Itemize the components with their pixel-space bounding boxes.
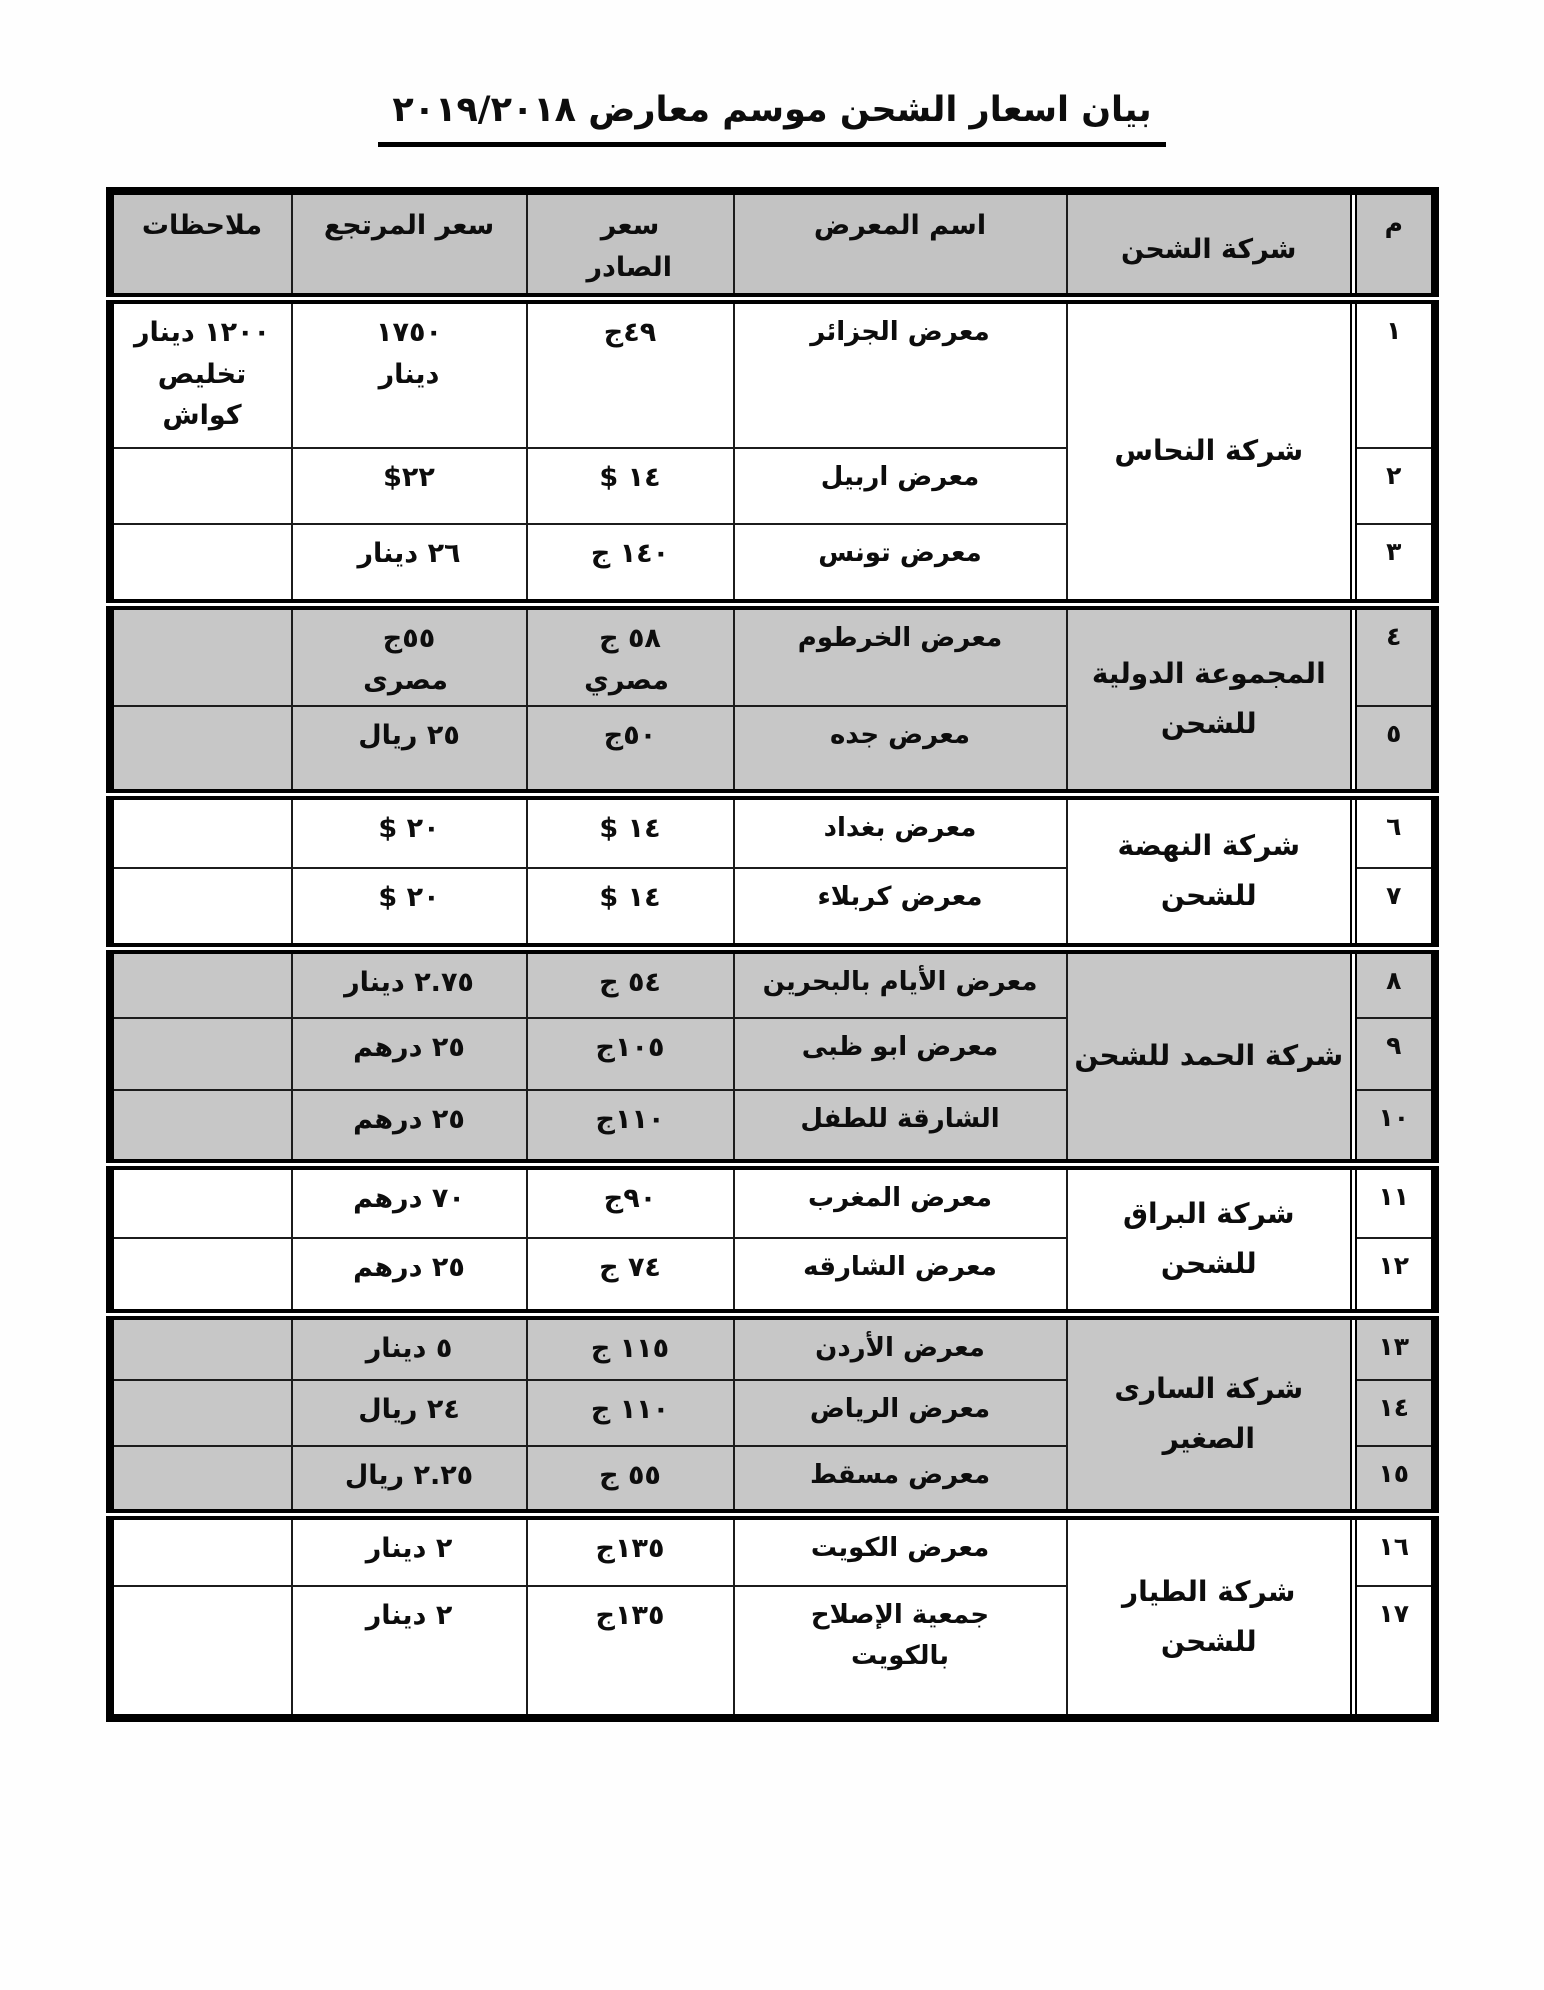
notes-cell — [110, 1314, 292, 1380]
header-return-price-label: سعر المرتجع — [324, 210, 494, 241]
return-price-cell-text: ١٧٥٠ دينار — [361, 312, 457, 396]
exhibition-name-cell-text: معرض مسقط — [810, 1455, 990, 1495]
notes-cell-text: ١٢٠٠ دينار تخليص كواش — [120, 312, 285, 438]
exhibition-name-cell-text: معرض الكويت — [811, 1528, 989, 1568]
return-price-cell: ٢ دينار — [292, 1514, 527, 1586]
row-number-cell-text: ١٧ — [1378, 1599, 1409, 1628]
export-price-cell: ١٤ $ — [527, 868, 734, 948]
exhibition-name-cell: معرض بغداد — [734, 794, 1067, 868]
row-number-cell-text: ١٤ — [1378, 1393, 1409, 1422]
company-cell: شركة البراق للشحن — [1067, 1164, 1354, 1314]
export-price-cell: ١٤٠ ج — [527, 524, 734, 604]
header-row: م شركة الشحن اسم المعرض سعر الصادر سعر ا… — [110, 191, 1435, 298]
table-row: ١٦شركة الطيار للشحنمعرض الكويت١٣٥ج٢ دينا… — [110, 1514, 1435, 1586]
row-number-cell: ١ — [1354, 298, 1435, 448]
return-price-cell-text: ٧٠ درهم — [353, 1178, 465, 1220]
exhibition-name-cell-text: معرض جده — [830, 715, 970, 755]
return-price-cell: ٢٥ درهم — [292, 1018, 527, 1090]
return-price-cell-text: ٢٦ دينار — [357, 533, 460, 575]
return-price-cell-text: ٢٢$ — [383, 457, 435, 499]
notes-cell: ١٢٠٠ دينار تخليص كواش — [110, 298, 292, 448]
return-price-cell-text: ٢٤ ريال — [358, 1389, 460, 1431]
company-group: ٨شركة الحمد للشحنمعرض الأيام بالبحرين٥٤ … — [110, 948, 1435, 1164]
notes-cell — [110, 1018, 292, 1090]
shipping-prices-table: م شركة الشحن اسم المعرض سعر الصادر سعر ا… — [106, 187, 1439, 1722]
return-price-cell: ٢٤ ريال — [292, 1380, 527, 1446]
exhibition-name-cell-text: معرض بغداد — [824, 808, 977, 848]
return-price-cell: ٥ دينار — [292, 1314, 527, 1380]
export-price-cell-text: ١١٠ ج — [591, 1389, 669, 1431]
export-price-cell: ١٣٥ج — [527, 1586, 734, 1718]
row-number-cell-text: ٤ — [1386, 622, 1401, 651]
row-number-cell: ٢ — [1354, 448, 1435, 524]
table-row: ٤المجموعة الدولية للشحنمعرض الخرطوم٥٨ ج … — [110, 604, 1435, 706]
notes-cell — [110, 1514, 292, 1586]
return-price-cell-text: ٢٥ درهم — [353, 1099, 465, 1141]
export-price-cell-text: ٥٨ ج مصري — [591, 618, 669, 702]
row-number-cell-text: ١١ — [1378, 1182, 1409, 1211]
exhibition-name-cell-text: معرض كربلاء — [817, 877, 982, 917]
export-price-cell: ١٤ $ — [527, 794, 734, 868]
header-notes-label: ملاحظات — [142, 210, 262, 241]
row-number-cell-text: ٩ — [1386, 1031, 1401, 1060]
scanned-document-page: بيان اسعار الشحن موسم معارض ٢٠١٩/٢٠١٨ م … — [0, 0, 1544, 1990]
company-group: ١شركة النحاسمعرض الجزائر٤٩ج١٧٥٠ دينار١٢٠… — [110, 298, 1435, 604]
row-number-cell: ١٢ — [1354, 1238, 1435, 1314]
row-number-cell: ٦ — [1354, 794, 1435, 868]
row-number-cell: ٥ — [1354, 706, 1435, 794]
return-price-cell-text: ٢٠ $ — [378, 808, 439, 850]
export-price-cell: ٩٠ج — [527, 1164, 734, 1238]
return-price-cell: ٧٠ درهم — [292, 1164, 527, 1238]
header-company-label: شركة الشحن — [1121, 205, 1296, 271]
header-cell-export-price: سعر الصادر — [527, 191, 734, 298]
export-price-cell-text: ١٤ $ — [599, 808, 660, 850]
company-cell: شركة النحاس — [1067, 298, 1354, 604]
table-row: ٨شركة الحمد للشحنمعرض الأيام بالبحرين٥٤ … — [110, 948, 1435, 1018]
return-price-cell: ١٧٥٠ دينار — [292, 298, 527, 448]
exhibition-name-cell: معرض ابو ظبى — [734, 1018, 1067, 1090]
company-cell: شركة الحمد للشحن — [1067, 948, 1354, 1164]
exhibition-name-cell: معرض الشارقه — [734, 1238, 1067, 1314]
row-number-cell: ٤ — [1354, 604, 1435, 706]
header-exhibition-label: اسم المعرض — [814, 210, 986, 241]
export-price-cell-text: ١٣٥ج — [596, 1595, 665, 1637]
table-header: م شركة الشحن اسم المعرض سعر الصادر سعر ا… — [110, 191, 1435, 298]
notes-cell — [110, 604, 292, 706]
export-price-cell-text: ٩٠ج — [604, 1178, 656, 1220]
table-row: ١١شركة البراق للشحنمعرض المغرب٩٠ج٧٠ درهم — [110, 1164, 1435, 1238]
header-cell-company: شركة الشحن — [1067, 191, 1354, 298]
notes-cell — [110, 1380, 292, 1446]
exhibition-name-cell: معرض جده — [734, 706, 1067, 794]
export-price-cell-text: ٥٠ج — [604, 715, 656, 757]
export-price-cell-text: ٥٤ ج — [599, 962, 661, 1004]
exhibition-name-cell: معرض الجزائر — [734, 298, 1067, 448]
row-number-cell: ١٧ — [1354, 1586, 1435, 1718]
export-price-cell-text: ١٠٥ج — [596, 1027, 665, 1069]
return-price-cell-text: ٢ دينار — [366, 1528, 453, 1570]
return-price-cell: ٢.٢٥ ريال — [292, 1446, 527, 1514]
notes-cell — [110, 1090, 292, 1164]
return-price-cell: ٥٥ج مصرى — [292, 604, 527, 706]
export-price-cell: ٥٤ ج — [527, 948, 734, 1018]
return-price-cell: ٢٥ درهم — [292, 1090, 527, 1164]
export-price-cell-text: ١١٠ج — [596, 1099, 665, 1141]
export-price-cell: ٥٨ ج مصري — [527, 604, 734, 706]
notes-cell — [110, 1164, 292, 1238]
company-cell-text: شركة الحمد للشحن — [1074, 1039, 1343, 1072]
company-cell: شركة الطيار للشحن — [1067, 1514, 1354, 1718]
exhibition-name-cell: جمعية الإصلاح بالكويت — [734, 1586, 1067, 1718]
header-cell-num: م — [1354, 191, 1435, 298]
row-number-cell: ١٤ — [1354, 1380, 1435, 1446]
row-number-cell-text: ٣ — [1386, 537, 1401, 566]
page-title: بيان اسعار الشحن موسم معارض ٢٠١٩/٢٠١٨ — [378, 90, 1165, 147]
row-number-cell-text: ١٠ — [1378, 1103, 1409, 1132]
notes-cell — [110, 794, 292, 868]
company-group: ٦شركة النهضة للشحنمعرض بغداد١٤ $٢٠ $٧معر… — [110, 794, 1435, 948]
return-price-cell-text: ٥٥ج مصرى — [370, 618, 448, 702]
return-price-cell: ٢٦ دينار — [292, 524, 527, 604]
notes-cell — [110, 1238, 292, 1314]
company-cell-text: شركة البراق للشحن — [1123, 1197, 1295, 1280]
return-price-cell-text: ٢٥ درهم — [353, 1247, 465, 1289]
row-number-cell-text: ١٢ — [1378, 1251, 1409, 1280]
notes-cell — [110, 868, 292, 948]
export-price-cell-text: ١٤ $ — [599, 877, 660, 919]
company-cell: شركة السارى الصغير — [1067, 1314, 1354, 1514]
exhibition-name-cell: معرض المغرب — [734, 1164, 1067, 1238]
row-number-cell: ١٥ — [1354, 1446, 1435, 1514]
export-price-cell: ٥٥ ج — [527, 1446, 734, 1514]
row-number-cell: ٧ — [1354, 868, 1435, 948]
table-row: ١٣شركة السارى الصغيرمعرض الأردن١١٥ ج٥ دي… — [110, 1314, 1435, 1380]
notes-cell — [110, 948, 292, 1018]
return-price-cell: ٢٥ ريال — [292, 706, 527, 794]
return-price-cell-text: ٥ دينار — [366, 1328, 453, 1370]
row-number-cell-text: ٦ — [1386, 812, 1401, 841]
export-price-cell: ١٣٥ج — [527, 1514, 734, 1586]
exhibition-name-cell-text: معرض ابو ظبى — [802, 1027, 998, 1067]
return-price-cell-text: ٢٥ ريال — [358, 715, 460, 757]
export-price-cell-text: ١٣٥ج — [596, 1528, 665, 1570]
exhibition-name-cell: معرض الرياض — [734, 1380, 1067, 1446]
exhibition-name-cell-text: معرض تونس — [818, 533, 982, 573]
row-number-cell-text: ٥ — [1386, 719, 1401, 748]
title-row: بيان اسعار الشحن موسم معارض ٢٠١٩/٢٠١٨ — [0, 90, 1544, 147]
return-price-cell: ٢٠ $ — [292, 794, 527, 868]
return-price-cell: ٢٠ $ — [292, 868, 527, 948]
export-price-cell: ١١٠ ج — [527, 1380, 734, 1446]
return-price-cell: ٢٢$ — [292, 448, 527, 524]
exhibition-name-cell: معرض الخرطوم — [734, 604, 1067, 706]
header-cell-notes: ملاحظات — [110, 191, 292, 298]
table-row: ١شركة النحاسمعرض الجزائر٤٩ج١٧٥٠ دينار١٢٠… — [110, 298, 1435, 448]
exhibition-name-cell: معرض تونس — [734, 524, 1067, 604]
export-price-cell-text: ٤٩ج — [604, 312, 656, 354]
exhibition-name-cell: الشارقة للطفل — [734, 1090, 1067, 1164]
exhibition-name-cell-text: معرض الشارقه — [803, 1247, 997, 1287]
export-price-cell-text: ١٤٠ ج — [591, 533, 669, 575]
export-price-cell-text: ١١٥ ج — [591, 1328, 669, 1370]
header-export-price-label: سعر الصادر — [588, 205, 672, 289]
row-number-cell-text: ١٦ — [1378, 1532, 1409, 1561]
company-group: ١١شركة البراق للشحنمعرض المغرب٩٠ج٧٠ درهم… — [110, 1164, 1435, 1314]
header-num-label: م — [1385, 209, 1403, 238]
company-group: ١٦شركة الطيار للشحنمعرض الكويت١٣٥ج٢ دينا… — [110, 1514, 1435, 1718]
row-number-cell: ٨ — [1354, 948, 1435, 1018]
export-price-cell-text: ١٤ $ — [599, 457, 660, 499]
notes-cell — [110, 706, 292, 794]
company-cell-text: شركة الطيار للشحن — [1122, 1575, 1295, 1658]
return-price-cell-text: ٢٥ درهم — [353, 1027, 465, 1069]
exhibition-name-cell: معرض مسقط — [734, 1446, 1067, 1514]
row-number-cell: ٩ — [1354, 1018, 1435, 1090]
exhibition-name-cell: معرض الكويت — [734, 1514, 1067, 1586]
exhibition-name-cell-text: معرض الرياض — [810, 1389, 990, 1429]
company-cell-text: شركة النحاس — [1114, 434, 1303, 467]
row-number-cell: ١١ — [1354, 1164, 1435, 1238]
header-cell-exhibition: اسم المعرض — [734, 191, 1067, 298]
return-price-cell: ٢٥ درهم — [292, 1238, 527, 1314]
export-price-cell: ١٠٥ج — [527, 1018, 734, 1090]
company-cell: شركة النهضة للشحن — [1067, 794, 1354, 948]
exhibition-name-cell-text: جمعية الإصلاح بالكويت — [810, 1595, 990, 1676]
export-price-cell: ١١٥ ج — [527, 1314, 734, 1380]
exhibition-name-cell: معرض الأيام بالبحرين — [734, 948, 1067, 1018]
exhibition-name-cell-text: معرض الأردن — [815, 1328, 985, 1368]
company-cell-text: المجموعة الدولية للشحن — [1092, 657, 1326, 740]
notes-cell — [110, 1446, 292, 1514]
export-price-cell-text: ٥٥ ج — [599, 1455, 661, 1497]
row-number-cell-text: ١٥ — [1378, 1459, 1409, 1488]
company-cell: المجموعة الدولية للشحن — [1067, 604, 1354, 794]
exhibition-name-cell-text: معرض المغرب — [808, 1178, 992, 1218]
notes-cell — [110, 448, 292, 524]
company-group: ١٣شركة السارى الصغيرمعرض الأردن١١٥ ج٥ دي… — [110, 1314, 1435, 1514]
exhibition-name-cell-text: معرض اربيل — [821, 457, 979, 497]
export-price-cell: ٤٩ج — [527, 298, 734, 448]
company-group: ٤المجموعة الدولية للشحنمعرض الخرطوم٥٨ ج … — [110, 604, 1435, 794]
company-cell-text: شركة النهضة للشحن — [1117, 829, 1300, 912]
company-cell-text: شركة السارى الصغير — [1114, 1372, 1303, 1455]
notes-cell — [110, 524, 292, 604]
table-row: ٦شركة النهضة للشحنمعرض بغداد١٤ $٢٠ $ — [110, 794, 1435, 868]
row-number-cell-text: ٨ — [1386, 966, 1401, 995]
row-number-cell-text: ١ — [1386, 316, 1401, 345]
return-price-cell-text: ٢.٧٥ دينار — [344, 962, 474, 1004]
return-price-cell-text: ٢٠ $ — [378, 877, 439, 919]
notes-cell — [110, 1586, 292, 1718]
exhibition-name-cell-text: الشارقة للطفل — [800, 1099, 999, 1139]
export-price-cell: ٧٤ ج — [527, 1238, 734, 1314]
row-number-cell: ١٣ — [1354, 1314, 1435, 1380]
row-number-cell-text: ١٣ — [1378, 1332, 1409, 1361]
row-number-cell: ١٠ — [1354, 1090, 1435, 1164]
exhibition-name-cell-text: معرض الأيام بالبحرين — [763, 962, 1038, 1002]
exhibition-name-cell: معرض كربلاء — [734, 868, 1067, 948]
exhibition-name-cell-text: معرض الجزائر — [810, 312, 989, 352]
header-cell-return-price: سعر المرتجع — [292, 191, 527, 298]
row-number-cell-text: ٢ — [1386, 461, 1401, 490]
export-price-cell: ٥٠ج — [527, 706, 734, 794]
row-number-cell: ١٦ — [1354, 1514, 1435, 1586]
row-number-cell-text: ٧ — [1386, 881, 1401, 910]
return-price-cell-text: ٢ دينار — [366, 1595, 453, 1637]
export-price-cell: ١١٠ج — [527, 1090, 734, 1164]
export-price-cell: ١٤ $ — [527, 448, 734, 524]
row-number-cell: ٣ — [1354, 524, 1435, 604]
exhibition-name-cell: معرض اربيل — [734, 448, 1067, 524]
exhibition-name-cell-text: معرض الخرطوم — [798, 618, 1002, 658]
export-price-cell-text: ٧٤ ج — [599, 1247, 661, 1289]
return-price-cell: ٢ دينار — [292, 1586, 527, 1718]
exhibition-name-cell: معرض الأردن — [734, 1314, 1067, 1380]
return-price-cell: ٢.٧٥ دينار — [292, 948, 527, 1018]
return-price-cell-text: ٢.٢٥ ريال — [345, 1455, 473, 1497]
